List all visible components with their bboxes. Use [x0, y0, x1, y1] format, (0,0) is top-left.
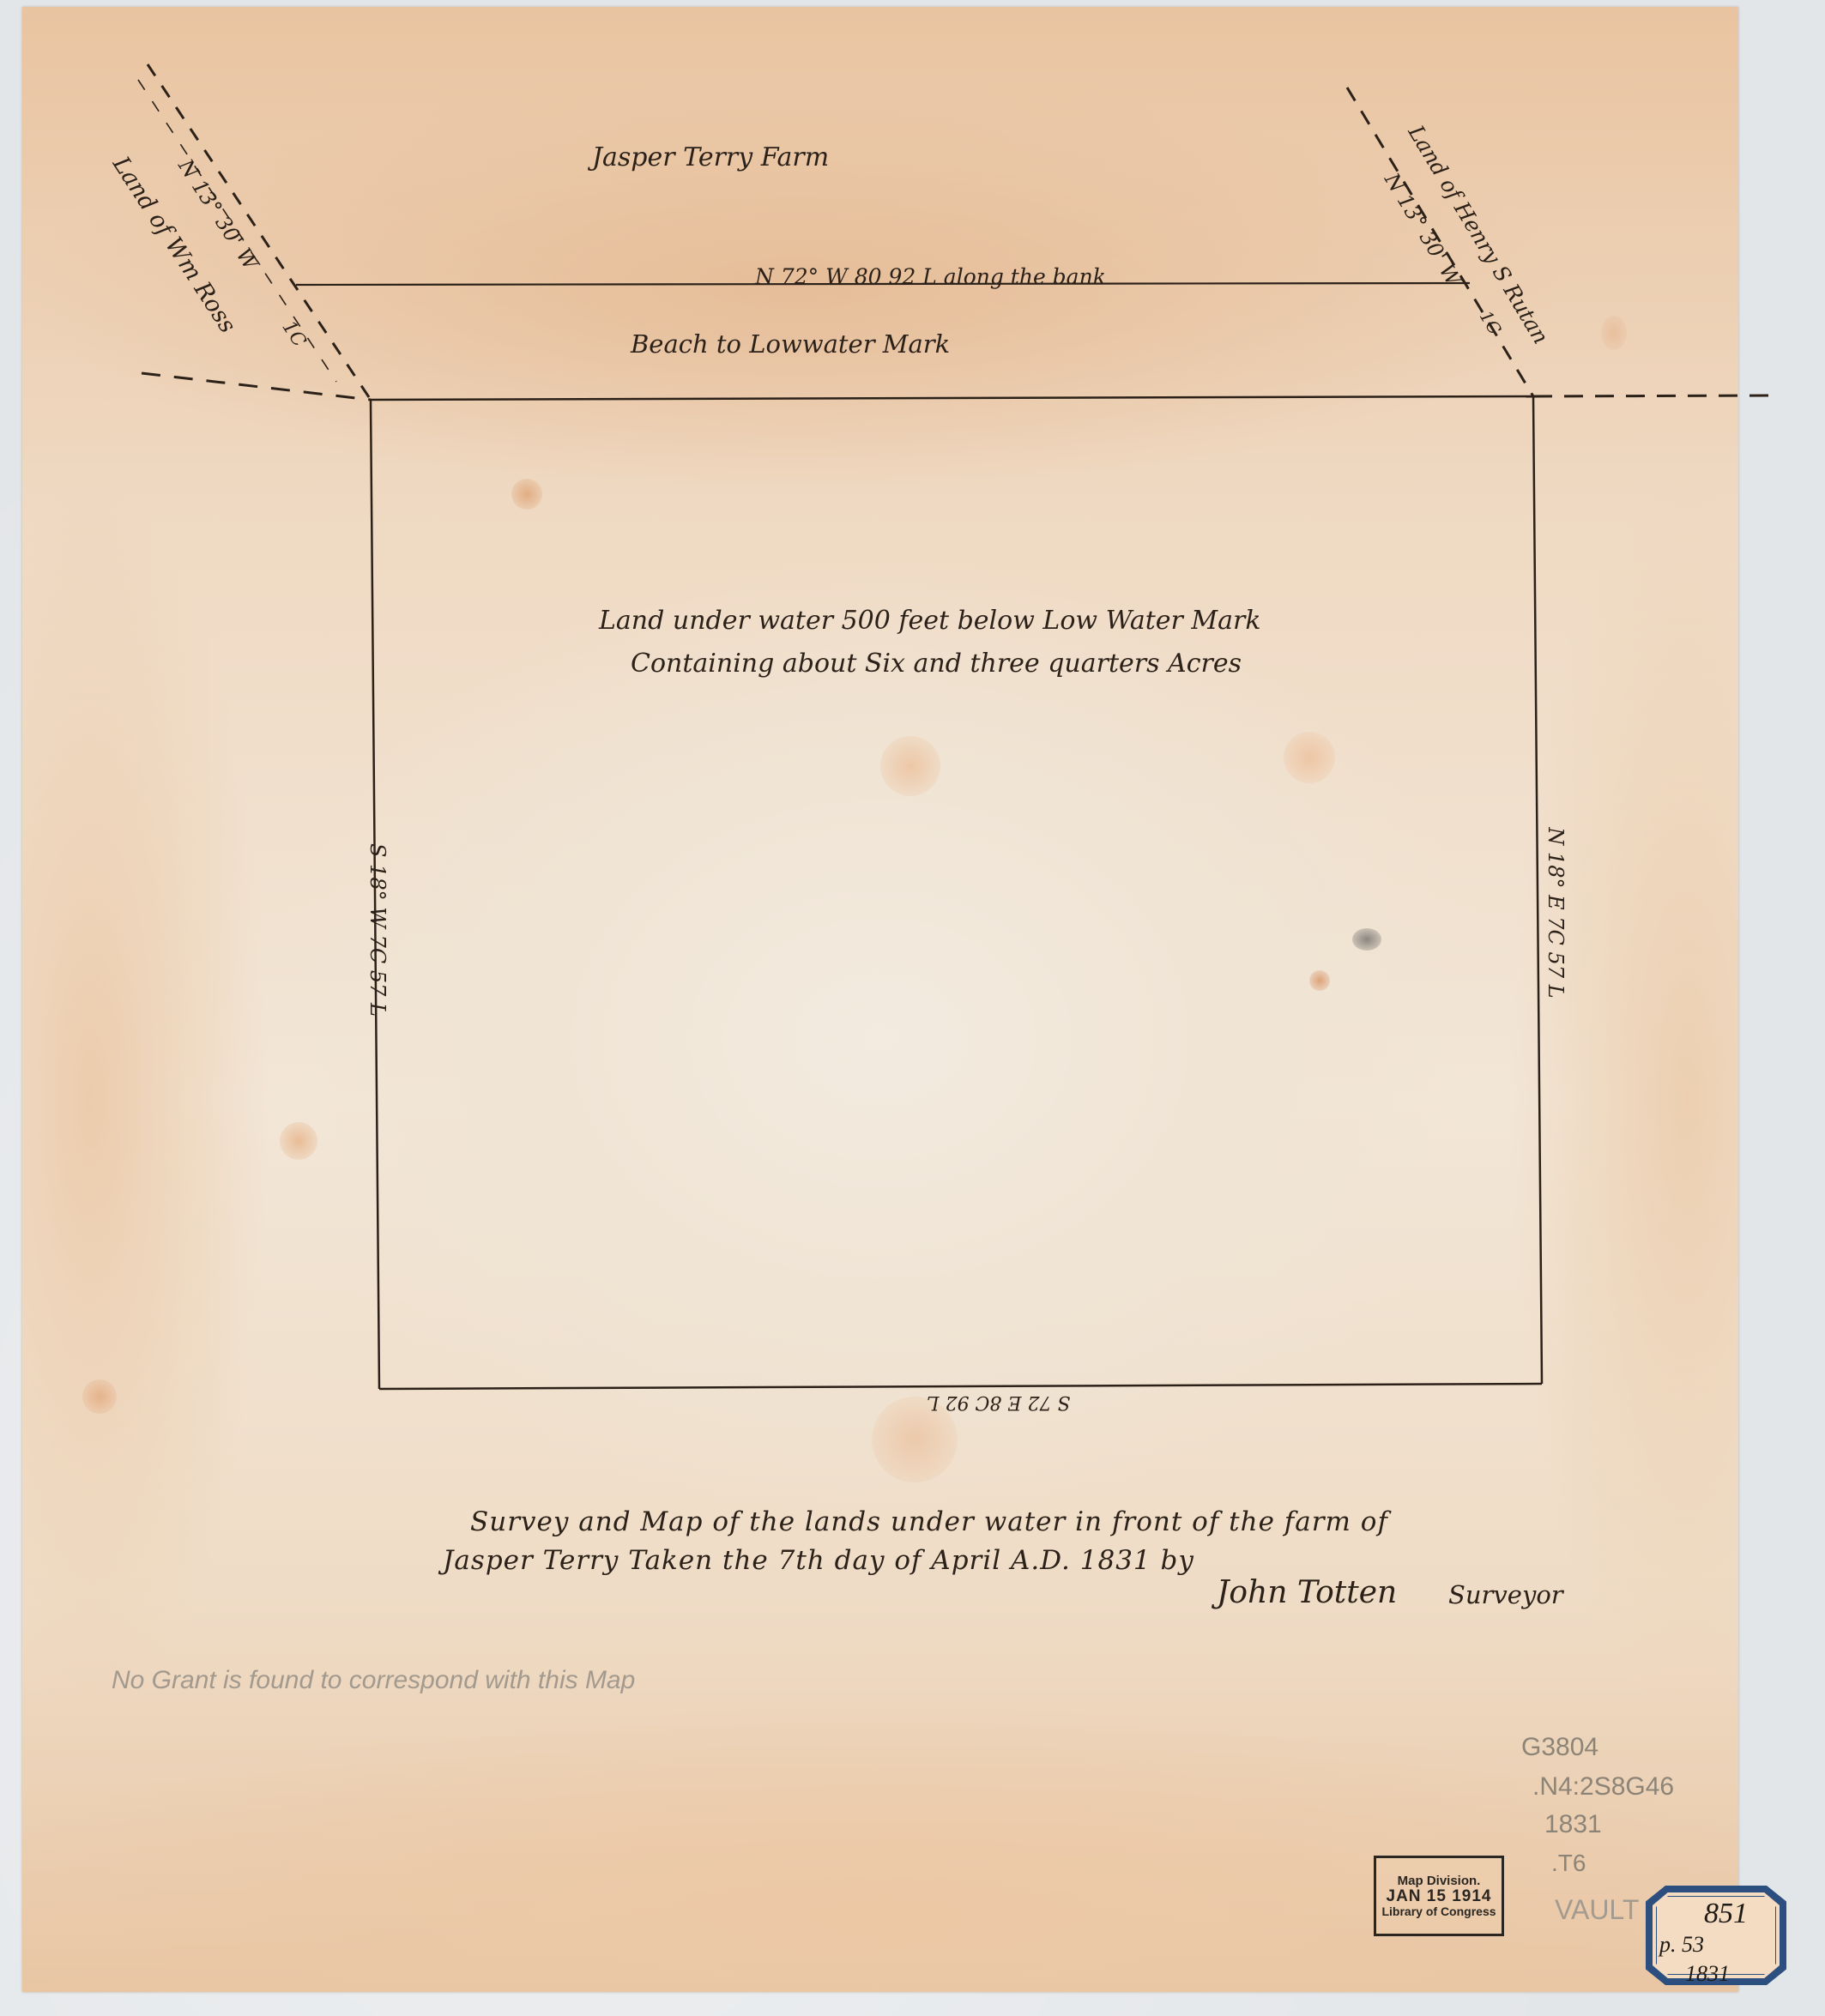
west-extension-dashed: [142, 373, 371, 400]
title-line2: Jasper Terry Taken the 7th day of April …: [443, 1545, 1194, 1576]
stamp-division: Map Division.: [1376, 1874, 1502, 1888]
call-number-line1: G3804: [1521, 1733, 1598, 1762]
east-extension-dashed: [1533, 395, 1774, 396]
shelf-label-page: p. 53: [1659, 1932, 1704, 1958]
call-number-line5: VAULT: [1555, 1894, 1639, 1926]
stamp-library: Library of Congress: [1376, 1905, 1502, 1918]
south-side-label: S 72 E 8C 92 L: [927, 1391, 1071, 1413]
shelf-label-year: 1831: [1685, 1961, 1730, 1987]
south-boundary-line: [379, 1384, 1542, 1389]
parcel-description-line2: Containing about Six and three quarters …: [631, 649, 1242, 679]
library-of-congress-stamp: Map Division. JAN 15 1914 Library of Con…: [1374, 1856, 1504, 1936]
title-line1: Survey and Map of the lands under water …: [470, 1506, 1388, 1537]
call-number-line4: .T6: [1551, 1850, 1586, 1877]
west-side-label: S 18° W 7C 57 L: [366, 801, 390, 1059]
north-boundary-line: [371, 396, 1533, 400]
farm-label: Jasper Terry Farm: [592, 142, 829, 172]
north-line-label: N 72° W 80 92 L along the bank: [755, 264, 1106, 289]
parcel-description-line1: Land under water 500 feet below Low Wate…: [599, 606, 1261, 636]
pencil-note: No Grant is found to correspond with thi…: [112, 1666, 635, 1695]
stamp-date: JAN 15 1914: [1376, 1888, 1502, 1905]
beach-label: Beach to Lowwater Mark: [631, 329, 950, 359]
surveyor-signature: John Totten: [1217, 1575, 1397, 1610]
shelf-label-number: 851: [1704, 1898, 1748, 1930]
surveyor-role: Surveyor: [1448, 1580, 1563, 1609]
call-number-line2: .N4:2S8G46: [1532, 1772, 1674, 1802]
east-boundary-line: [1533, 396, 1542, 1384]
call-number-line3: 1831: [1544, 1810, 1602, 1839]
east-side-label: N 18° E 7C 57 L: [1544, 784, 1568, 1041]
